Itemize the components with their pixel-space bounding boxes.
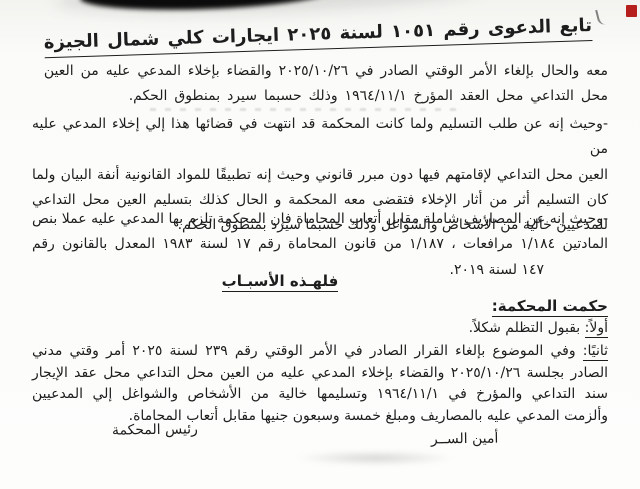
body-line: -وحيث إنه عن طلب التسليم ولما كانت المحك…	[32, 112, 608, 163]
case-header-title: تابع الدعوى رقم ١٠٥١ لسنة ٢٠٢٥ ايجارات ك…	[60, 15, 592, 53]
ruling-item-first-text: بقبول التظلم شكلاً.	[469, 320, 581, 336]
scan-smudge-artifact	[295, 450, 455, 466]
case-header-title-text: تابع الدعوى رقم ١٠٥١ لسنة ٢٠٢٥ ايجارات ك…	[44, 15, 593, 58]
ruling-item-second-lead: ثانيًا:	[583, 343, 608, 361]
body-line: -وحيث إنه عن المصاريف شاملة مقابل أتعاب …	[32, 207, 608, 232]
body-line: المادتين ١/١٨٤ مرافعات ، ١/١٨٧ من قانون …	[32, 232, 608, 257]
signature-court-president: رئيس المحكمة	[112, 421, 198, 438]
body-line: معه والحال بإلغاء الأمر الوقتي الصادر في…	[32, 59, 608, 84]
signature-clerk: أمين الســر	[431, 431, 499, 448]
ruling-item-first: أولاً: بقبول التظلم شكلاً.	[32, 320, 608, 336]
reasons-heading-text: فلهـذه الأسبـاب	[222, 272, 339, 292]
body-line: العين محل التداعي لإقامتهم فيها دون مبرر…	[32, 163, 608, 188]
paragraph-order-cancellation: معه والحال بإلغاء الأمر الوقتي الصادر في…	[32, 59, 608, 110]
body-line: الصادر بجلسة ٢٠٢٥/١٠/٢٦ والقضاء بإخلاء ا…	[32, 363, 608, 385]
body-line: محل التداعي محل العقد المؤرخ ١٩٦٤/١١/١ و…	[32, 84, 608, 109]
body-line: سند التداعي والمؤرخ في ١٩٦٤/١١/١ وتسليمه…	[32, 384, 608, 406]
body-line: ثانيًا: وفي الموضوع بإلغاء القرار الصادر…	[32, 341, 608, 363]
red-marker	[626, 5, 637, 17]
court-ruling-label: حكمت المحكمة:	[492, 297, 608, 315]
ruling-item-first-lead: أولاً:	[585, 320, 608, 338]
ruling-item-second-text: وفي الموضوع بإلغاء القرار الصادر في الأم…	[32, 343, 576, 359]
court-ruling-label-text: حكمت المحكمة:	[492, 297, 608, 317]
scanned-court-document-page: تابع الدعوى رقم ١٠٥١ لسنة ٢٠٢٥ ايجارات ك…	[0, 0, 640, 489]
ink-mark-artifact	[595, 8, 608, 26]
reasons-heading: فلهـذه الأسبـاب	[190, 272, 370, 290]
ruling-item-second: ثانيًا: وفي الموضوع بإلغاء القرار الصادر…	[32, 341, 608, 427]
